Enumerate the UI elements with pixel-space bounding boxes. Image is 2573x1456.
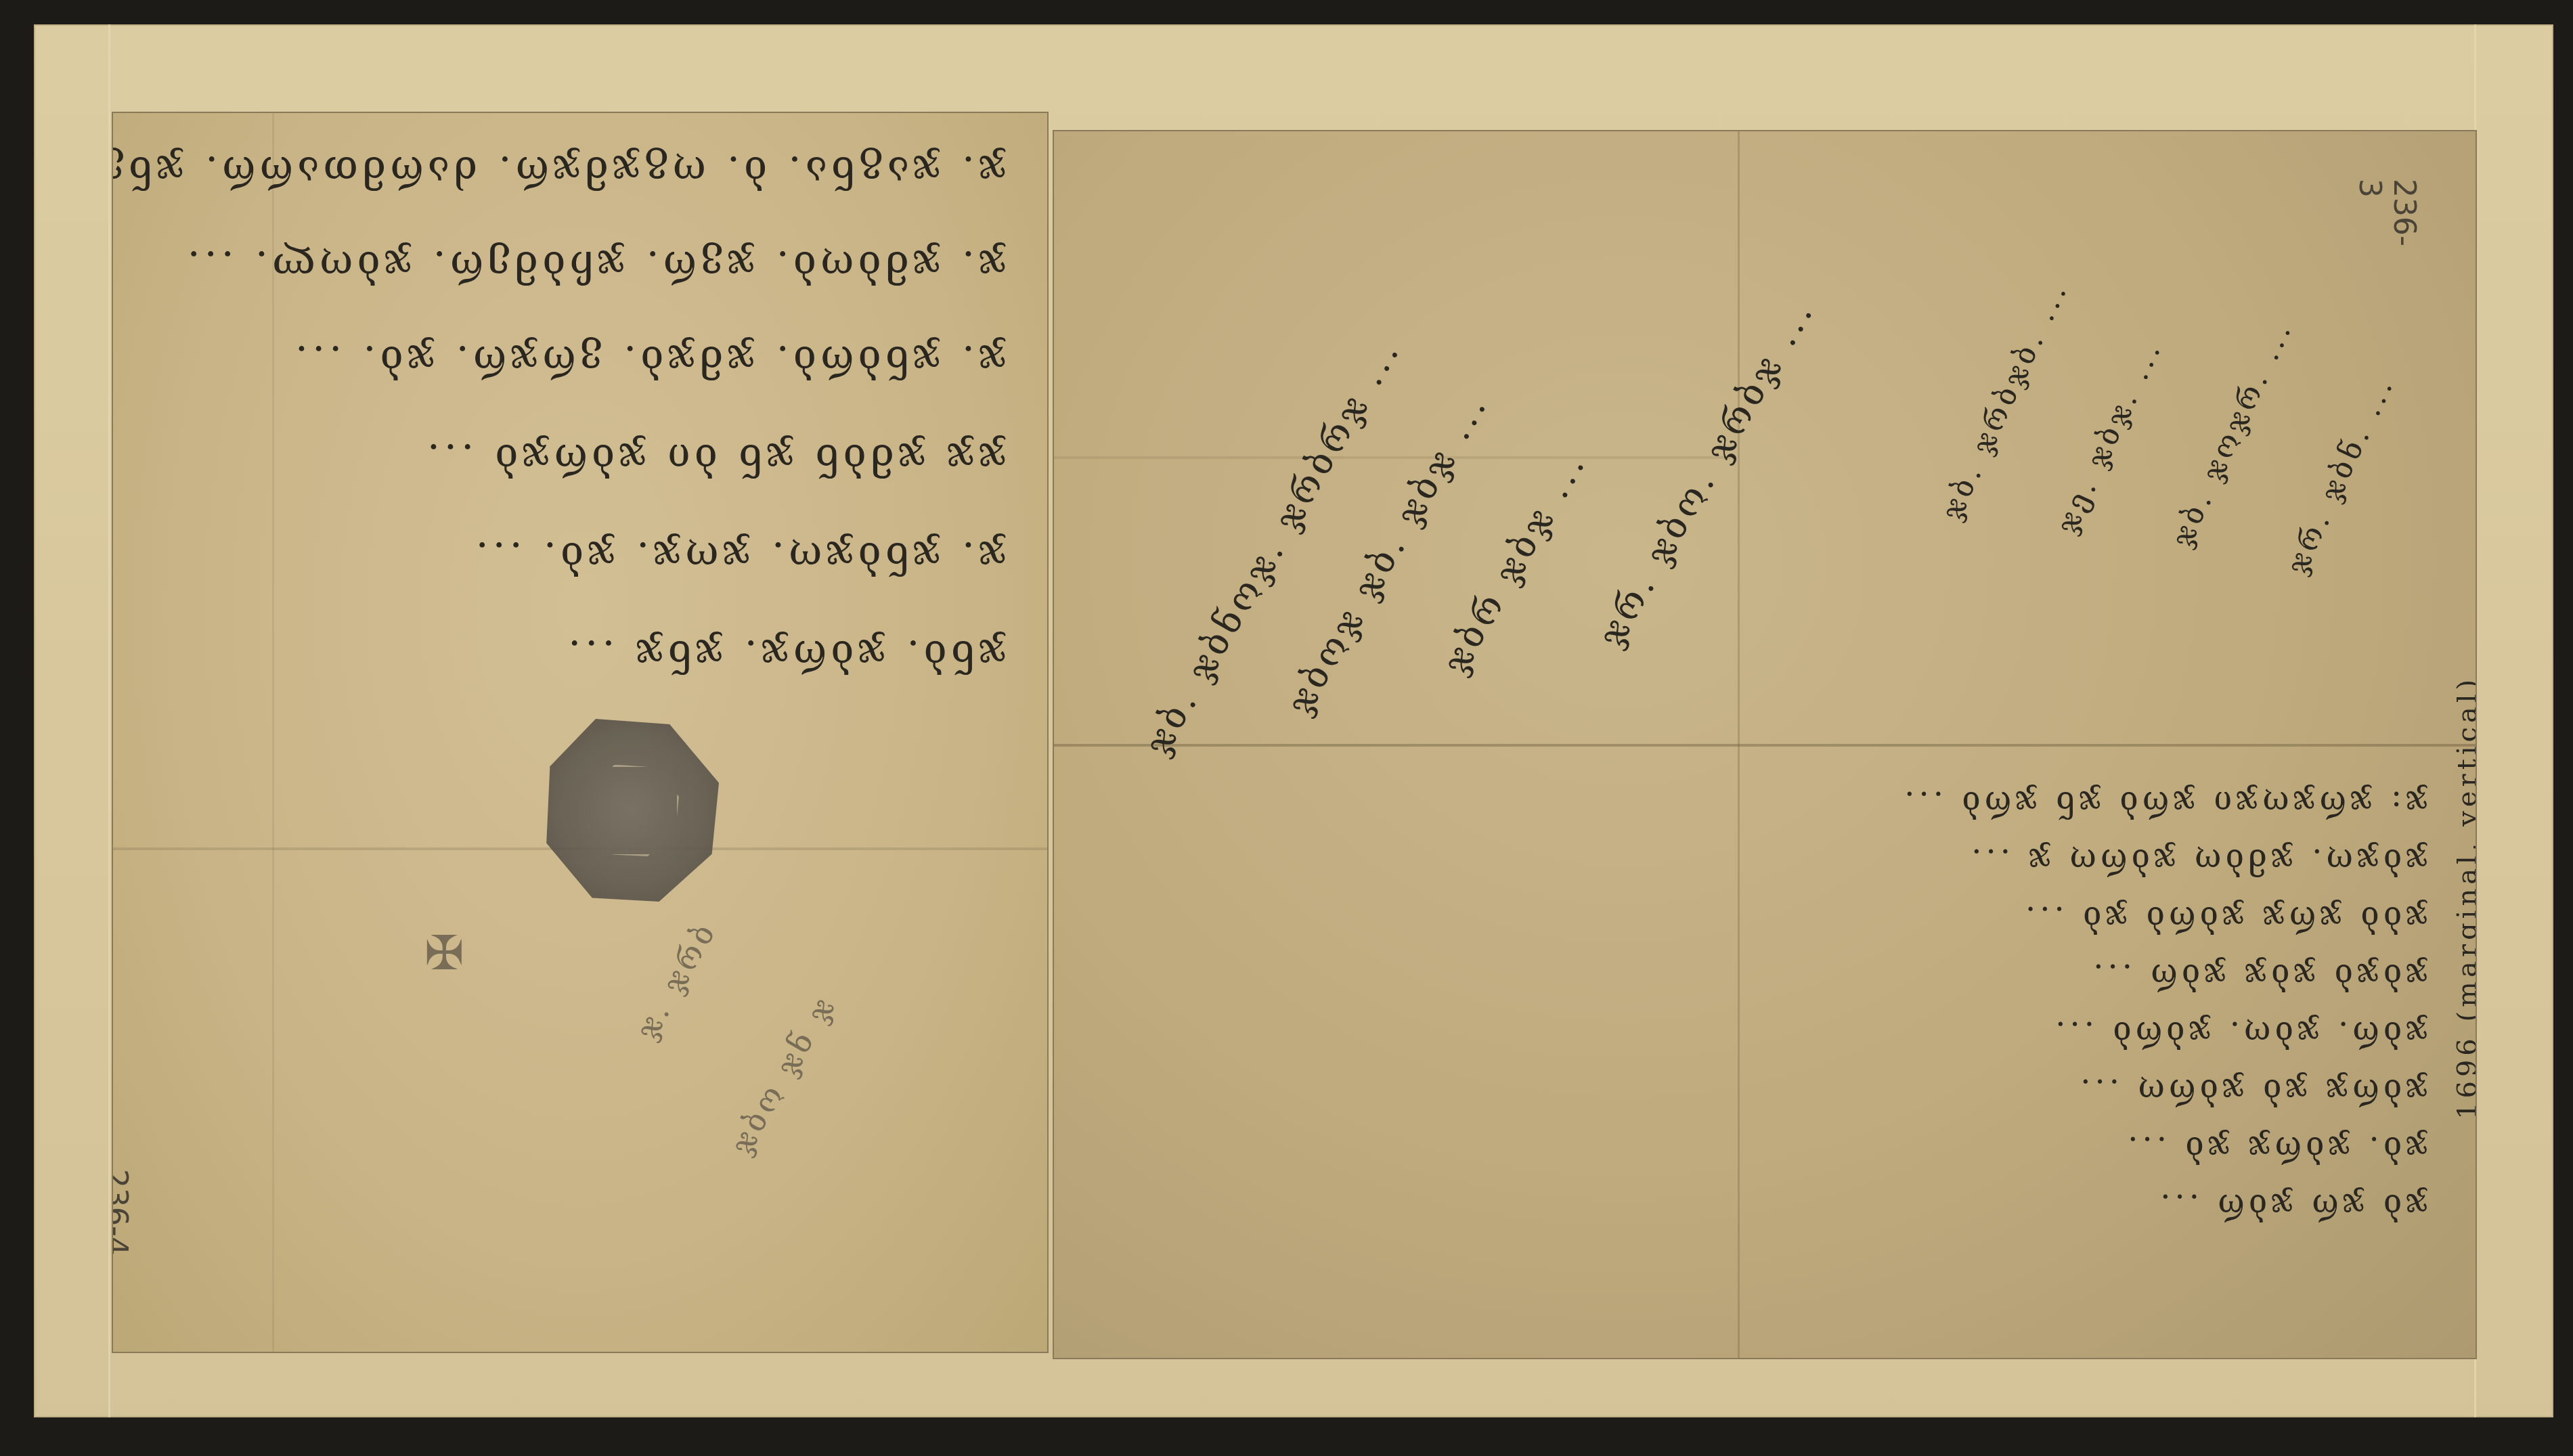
marginal-date-note: 1696 (marginal, vertical) bbox=[2452, 676, 2477, 1120]
upper-right-text-1: ჯბ. ჯრბჯბ. ... bbox=[1934, 275, 2075, 525]
lower-text-line-2: ჯბჯო. ჯმბო ჯბრო ჯ ... bbox=[1967, 841, 2428, 879]
archive-number-left: 236-4 bbox=[112, 1169, 133, 1256]
text-line-5: ჯ. ჯნბჯო. ჯოჯ. ჯბ. ... bbox=[472, 533, 1007, 580]
fold-line-upper bbox=[1054, 456, 1731, 459]
text-line-3: ჯ. ჯნბრბ. ჯმჯბ. ვრჯრ. ჯბ. ... bbox=[291, 336, 1007, 384]
text-line-6: ჯნბ. ჯბრჯ. ჯნჯ ... bbox=[564, 631, 1007, 678]
lower-text-line-7: ჯბ. ჯბრჯ ჯბ ... bbox=[2124, 1129, 2428, 1167]
wax-seal-icon bbox=[543, 719, 719, 902]
right-manuscript-sheet: ჯბ. ჯბნოჯ. ჯრბრჯ ... ჯბოჯ ჯბ. ჯბჯ ... ჯბ… bbox=[1053, 130, 2477, 1359]
upper-right-text-3: ჯბ. ჯოჯრ. ... bbox=[2164, 314, 2300, 552]
seal-emblem bbox=[587, 765, 679, 857]
monogram-mark: ✠ bbox=[424, 925, 468, 981]
left-manuscript-sheet: ჯ. ჯაგნა. ბ. ოგჯმჯრ. ძარმთარრ. ჯნელ ... … bbox=[112, 112, 1049, 1353]
lower-text-line-4: ჯბჯბ ჯბჯ ჯბრ ... bbox=[2089, 956, 2428, 994]
pencil-note-2: ჯბო ჯნ ჯ bbox=[722, 988, 843, 1160]
diagonal-text-3: ჯბრ ჯბჯ ... bbox=[1433, 443, 1595, 681]
archive-number-right: 236-3 bbox=[2352, 179, 2421, 246]
text-line-1: ჯ. ჯაგნა. ბ. ოგჯმჯრ. ძარმთარრ. ჯნელ ... bbox=[112, 147, 1007, 194]
text-line-4: ჯჯ ჯმბნ ჯნ ბი ჯბრჯბ ... bbox=[423, 435, 1007, 482]
fold-line-horizontal bbox=[1054, 744, 2476, 747]
lower-text-line-1: ჯ: ჯრჯოჯი ჯრბ ჯნ ჯრბ ... bbox=[1900, 784, 2428, 822]
text-line-2: ჯ. ჯმბობ. ჯვრ. ჯჩბმერ. ჯბოლ. ... bbox=[183, 242, 1007, 289]
lower-text-line-3: ჯბბ ჯრჯ ჯბრბ ჯბ ... bbox=[2021, 899, 2428, 937]
upper-right-text-4: ჯრ. ჯბნ. ... bbox=[2279, 370, 2401, 579]
lower-text-line-8: ჯბ ჯრ ჯბრ ... bbox=[2156, 1187, 2428, 1225]
upper-right-text-2: ჯე. ჯბჯ. ... bbox=[2049, 334, 2169, 538]
fold-line-center bbox=[1738, 131, 1740, 1358]
diagonal-text-4: ჯრ. ჯბო. ჯრბჯ ... bbox=[1589, 291, 1823, 654]
lower-text-line-6: ჯბრჯ ჯბ ჯბრო ... bbox=[2076, 1072, 2428, 1109]
lower-text-line-5: ჯბრ. ჯბო. ჯბრბ ... bbox=[2051, 1014, 2428, 1052]
mount-edge-line-left bbox=[108, 24, 110, 1417]
fold-line-vertical bbox=[272, 113, 274, 1352]
pencil-note-1: ჯ. ჯრბ bbox=[628, 914, 724, 1045]
